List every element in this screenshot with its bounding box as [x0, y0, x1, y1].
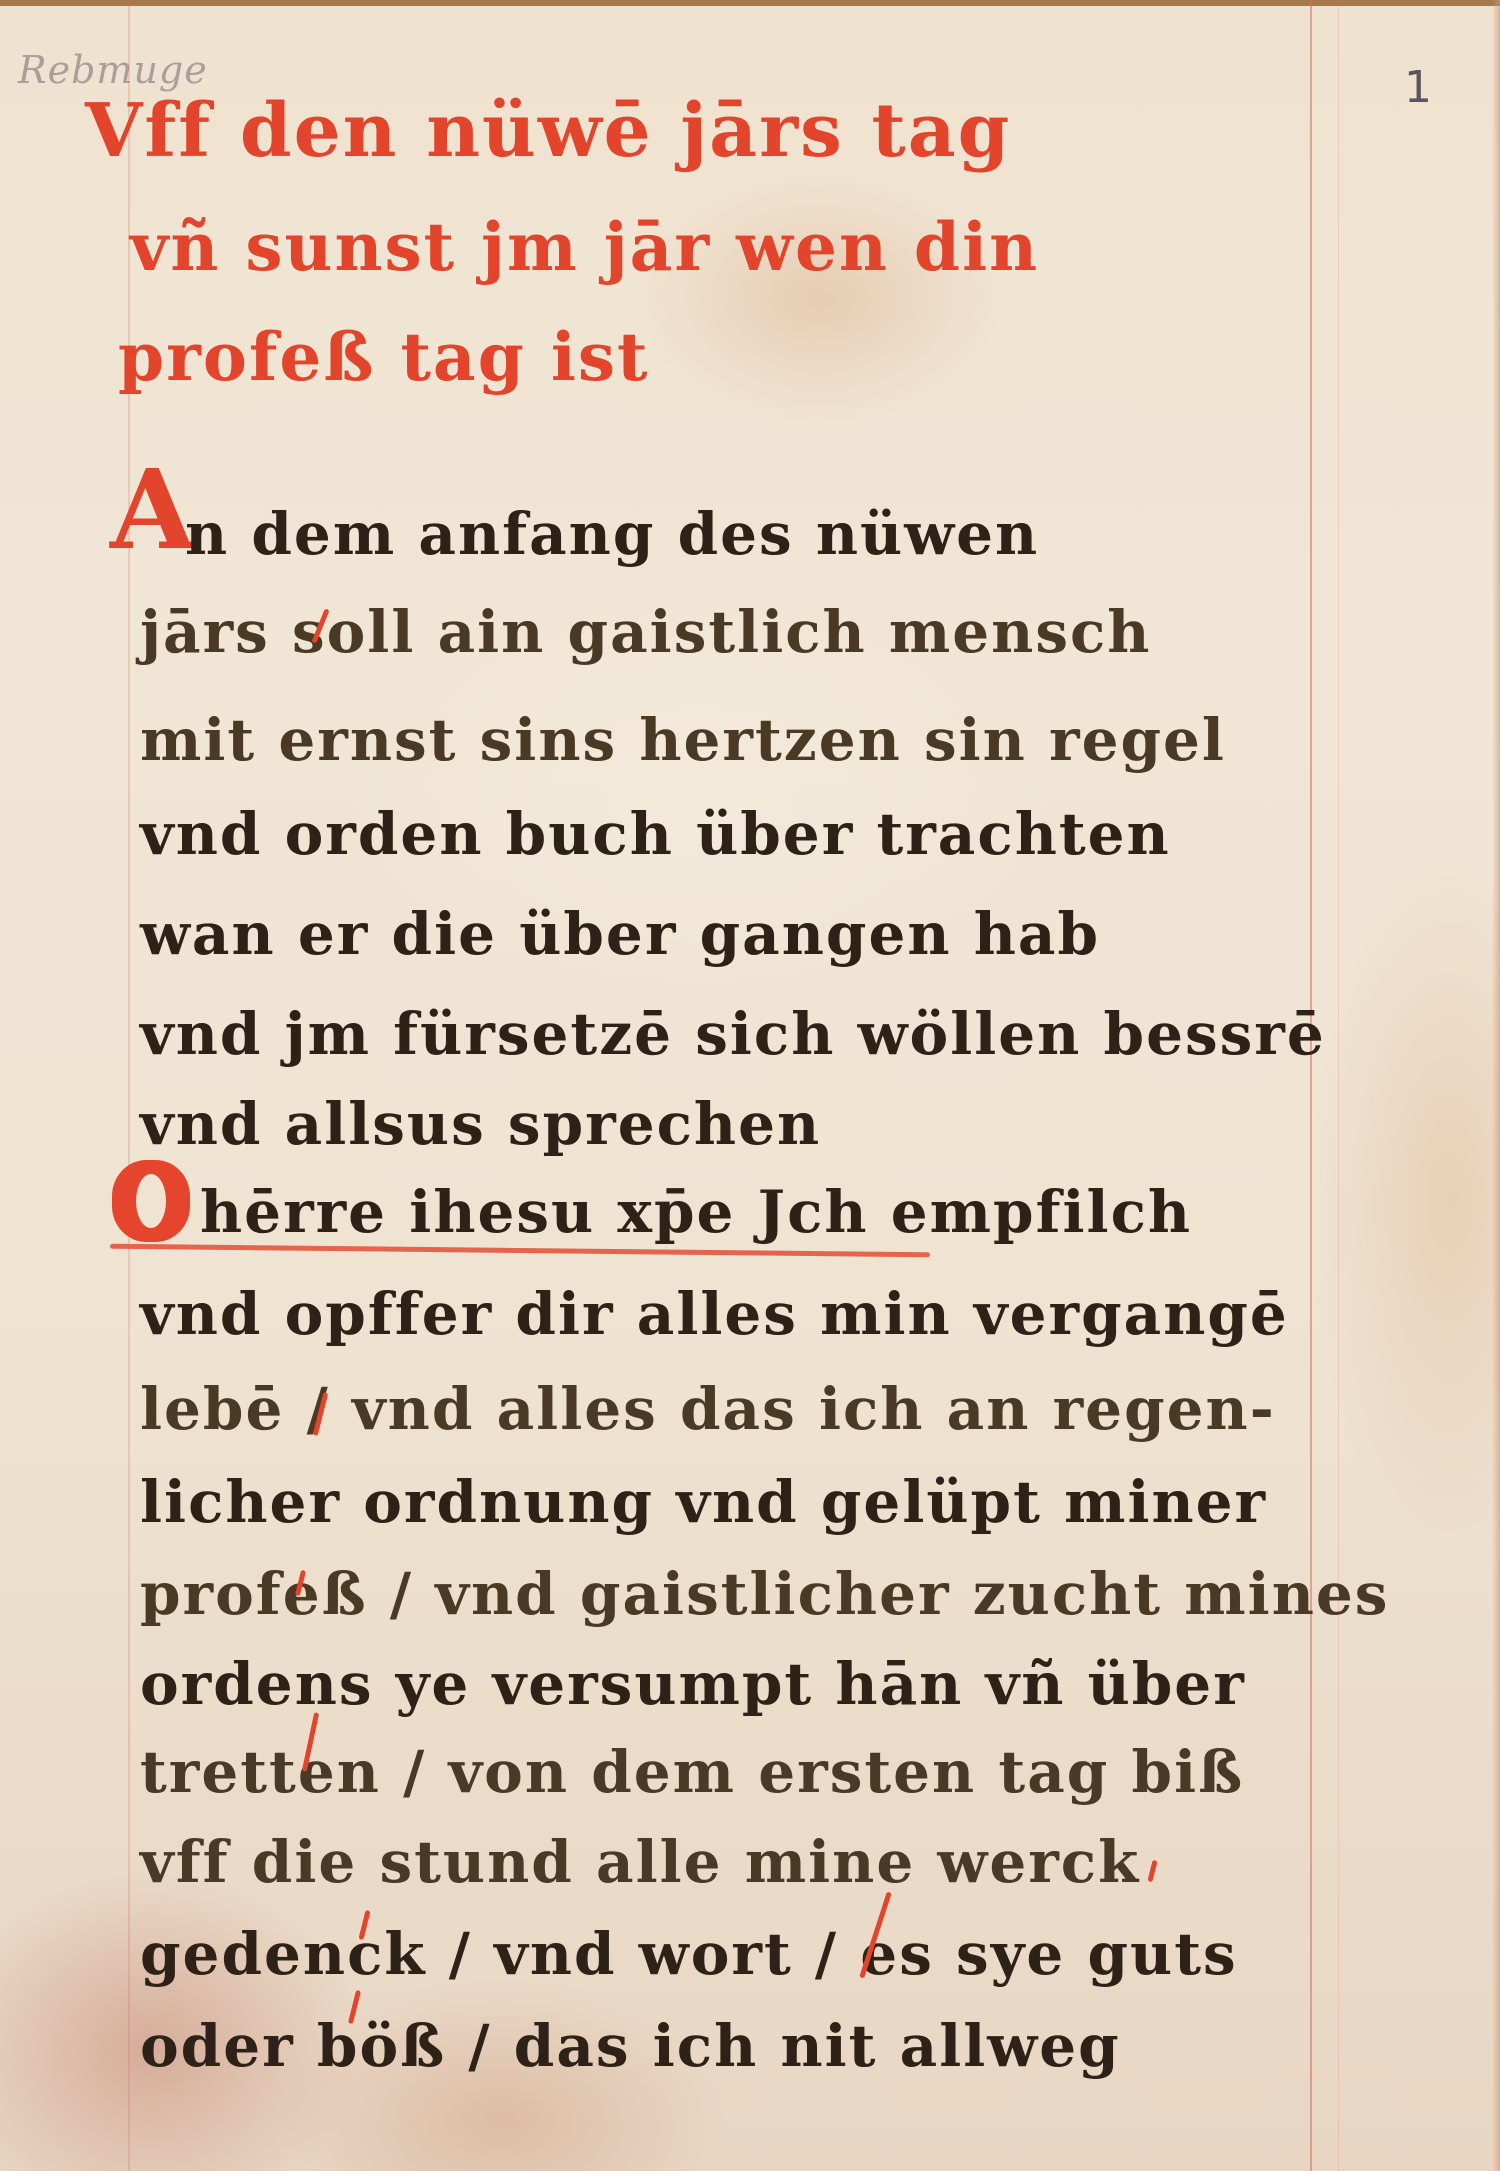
folio-number: 1 — [1404, 62, 1432, 113]
initial-A-rubricated: A — [110, 455, 195, 565]
text-line-5: wan er die über gangen hab — [140, 900, 1100, 968]
text-line-16: gedenck / vnd wort / es sye guts — [140, 1920, 1238, 1988]
text-line-11: licher ordnung vnd gelüpt miner — [140, 1468, 1267, 1536]
initial-O-rubricated: O — [112, 1160, 190, 1242]
right-ruling-line — [1310, 0, 1312, 2171]
rubric-line-2: vñ sunst jm jār wen din — [130, 208, 1039, 286]
margin-pencil-note: Rebmuge — [18, 48, 208, 92]
text-line-17: oder böß / das ich nit allweg — [140, 2012, 1121, 2080]
text-line-8: hērre ihesu xp̄e Jch empfilch — [200, 1178, 1192, 1246]
text-line-15: vff die stund alle mine werck — [140, 1828, 1140, 1896]
text-line-3: mit ernst sins hertzen sin regel — [140, 706, 1226, 774]
text-line-9: vnd opffer dir alles min vergangē — [140, 1280, 1289, 1348]
manuscript-page: Rebmuge 1 Vff den nüwē jārs tag vñ sunst… — [0, 0, 1500, 2171]
text-line-12: profeß / vnd gaistlicher zucht mines — [140, 1560, 1389, 1628]
text-line-13: ordens ye versumpt hān vñ über — [140, 1650, 1246, 1718]
text-line-4: vnd orden buch über trachten — [140, 800, 1171, 868]
text-line-1: n dem anfang des nüwen — [185, 500, 1039, 568]
text-line-2: jārs soll ain gaistlich mensch — [140, 598, 1151, 666]
rubric-line-1: Vff den nüwē jārs tag — [85, 88, 1011, 174]
text-line-10: lebē / vnd alles das ich an regen- — [140, 1375, 1276, 1443]
text-line-6: vnd jm fürsetzē sich wöllen bessrē — [140, 1000, 1326, 1068]
text-line-7: vnd allsus sprechen — [140, 1090, 821, 1158]
rubric-line-3: profeß tag ist — [118, 318, 650, 396]
page-right-edge — [1492, 0, 1500, 2171]
outer-ruling-line — [1338, 0, 1339, 2171]
red-touch-stroke — [1147, 1860, 1157, 1883]
page-top-edge — [0, 0, 1500, 6]
